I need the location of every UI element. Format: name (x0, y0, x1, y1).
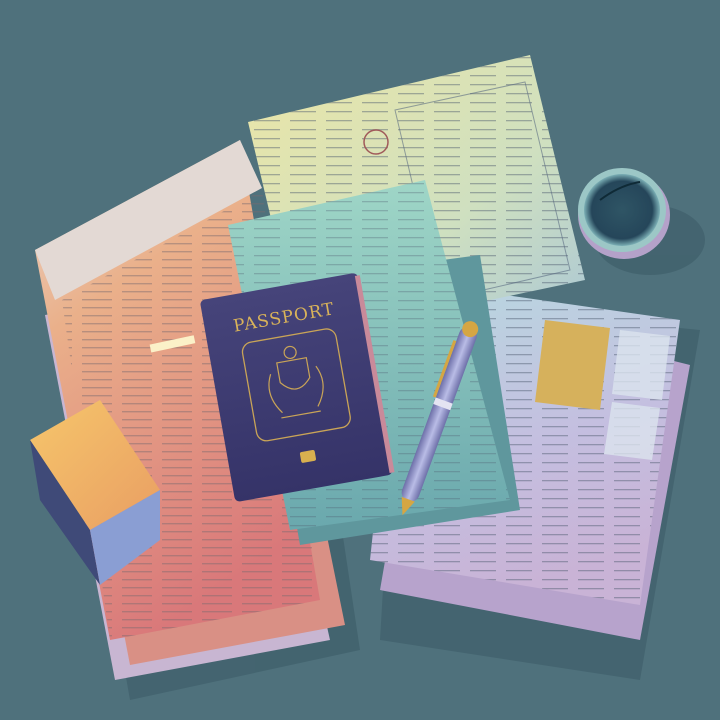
illustration-scene: PASSPORT (0, 0, 720, 720)
ink-pot (578, 168, 670, 259)
document-illustration: PASSPORT (0, 0, 720, 720)
